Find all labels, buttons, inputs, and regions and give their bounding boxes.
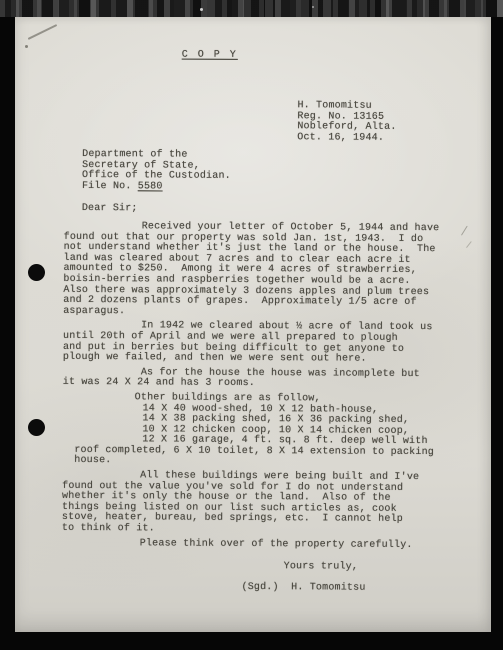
file-number-label: File No. [82, 181, 138, 192]
letter-paragraph: Please think over of the property carefu… [62, 538, 482, 551]
file-number-line: File No. 5580 [82, 182, 231, 194]
copy-heading: C O P Y [182, 51, 238, 62]
film-dust-speck [312, 6, 314, 8]
film-edge-strip [0, 0, 503, 17]
letter-text-layer: C O P Y H. Tomomitsu Reg. No. 13165 Nobl… [11, 16, 491, 634]
letter-line: house. [62, 456, 482, 469]
letter-paragraph: All these buildings were being built and… [62, 471, 482, 537]
letter-line: asparagus. [63, 307, 483, 320]
letter-paper: C O P Y H. Tomomitsu Reg. No. 13165 Nobl… [15, 17, 491, 632]
scanned-letter-page: { "header": { "copy_label": "C O P Y" },… [0, 0, 503, 650]
salutation: Dear Sir; [82, 204, 138, 215]
file-number-value: 5580 [138, 181, 163, 192]
valediction: Yours truly, [284, 562, 358, 573]
recipient-address-block: Department of the Secretary of State, Of… [82, 150, 231, 193]
film-dust-speck [200, 8, 203, 11]
letter-line: to think of it. [62, 524, 482, 537]
letter-body: Received your letter of October 5, 1944 … [62, 222, 484, 556]
letter-paragraph: As for the house the house was incomplet… [63, 368, 483, 392]
letter-line: plough we failed, and then we were sent … [63, 353, 483, 366]
letter-date: Oct. 16, 1944. [297, 133, 396, 144]
sender-address-block: H. Tomomitsu Reg. No. 13165 Nobleford, A… [297, 101, 396, 144]
letter-paragraph: Received your letter of October 5, 1944 … [63, 222, 484, 320]
letter-paragraph: Other buildings are as follow,14 X 40 wo… [62, 393, 482, 470]
letter-line: it was 24 X 24 and has 3 rooms. [63, 378, 483, 391]
letter-line: Please think over of the property carefu… [62, 538, 482, 551]
letter-paragraph: In 1942 we cleared about ½ acre of land … [63, 321, 483, 366]
signature-line: (Sgd.) H. Tomomitsu [241, 583, 365, 594]
